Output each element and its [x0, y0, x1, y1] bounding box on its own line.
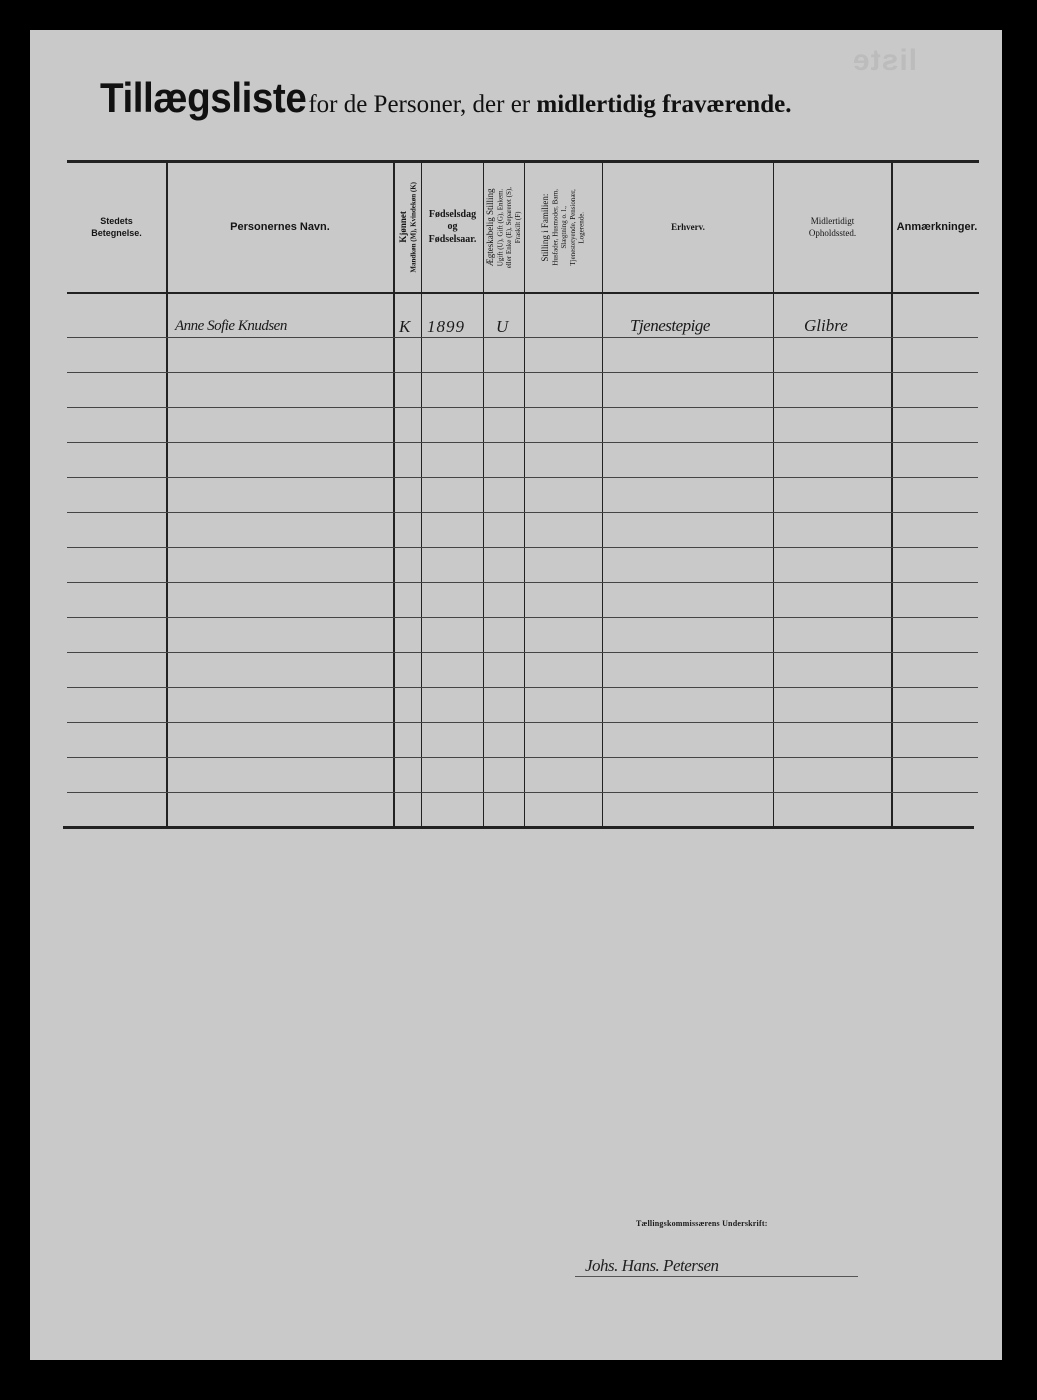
row-rule — [67, 582, 978, 583]
row-rule — [67, 407, 978, 408]
signature-name: Johs. Hans. Petersen — [585, 1256, 719, 1276]
title-main: Tillægsliste — [100, 74, 306, 122]
form-title: Tillægsliste for de Personer, der er mid… — [100, 74, 930, 122]
header-bottom-rule — [67, 292, 979, 294]
row-rule — [67, 442, 978, 443]
signature-line — [575, 1276, 858, 1277]
cell-erhverv: Tjenestepige — [630, 316, 710, 336]
row-rule — [67, 722, 978, 723]
cell-aegteskabelig-stilling: U — [496, 317, 508, 337]
row-rule — [67, 337, 978, 338]
row-rule — [67, 617, 978, 618]
table-bottom-rule — [63, 826, 974, 829]
header-stedets-betegnelse: Stedets Betegnelse. — [67, 163, 166, 292]
cell-fodselsaar: 1899 — [427, 317, 465, 337]
header-fodselsdag: Fødselsdag og Fødselsaar. — [422, 163, 483, 292]
row-rule — [67, 757, 978, 758]
row-rule — [67, 372, 978, 373]
header-erhverv: Erhverv. — [603, 163, 773, 292]
title-subtitle: for de Personer, der er midlertidig frav… — [308, 91, 791, 119]
signature-label: Tællingskommissærens Underskrift: — [636, 1219, 768, 1228]
cell-kjonnet: K — [399, 317, 410, 337]
row-rule — [67, 687, 978, 688]
header-midlertidigt-opholdssted: Midlertidigt Opholdssted. — [774, 163, 891, 292]
header-aegteskabelig-stilling: Ægteskabelig Stilling Ugift (U), Gift (G… — [484, 165, 524, 290]
header-stilling-i-familien: Stilling i Familien: Husfader, Husmoder,… — [525, 165, 602, 290]
title-sub-prefix: for de Personer, der er — [308, 91, 530, 118]
row-rule — [67, 477, 978, 478]
cell-personernes-navn: Anne Sofie Knudsen — [175, 318, 287, 335]
row-rule — [67, 547, 978, 548]
header-personernes-navn: Personernes Navn. — [167, 163, 393, 292]
header-anmaerkninger: Anmærkninger. — [892, 163, 982, 292]
cell-midlertidigt-opholdssted: Glibre — [804, 316, 848, 336]
row-rule — [67, 792, 978, 793]
ghost-stamp-text: liste — [852, 44, 917, 78]
row-rule — [67, 652, 978, 653]
header-kjonnet: Kjønnet Mandkøn (M), Kvindekøn (K) — [394, 165, 421, 290]
row-rule — [67, 512, 978, 513]
title-sub-bold: midlertidig fraværende. — [536, 91, 791, 118]
